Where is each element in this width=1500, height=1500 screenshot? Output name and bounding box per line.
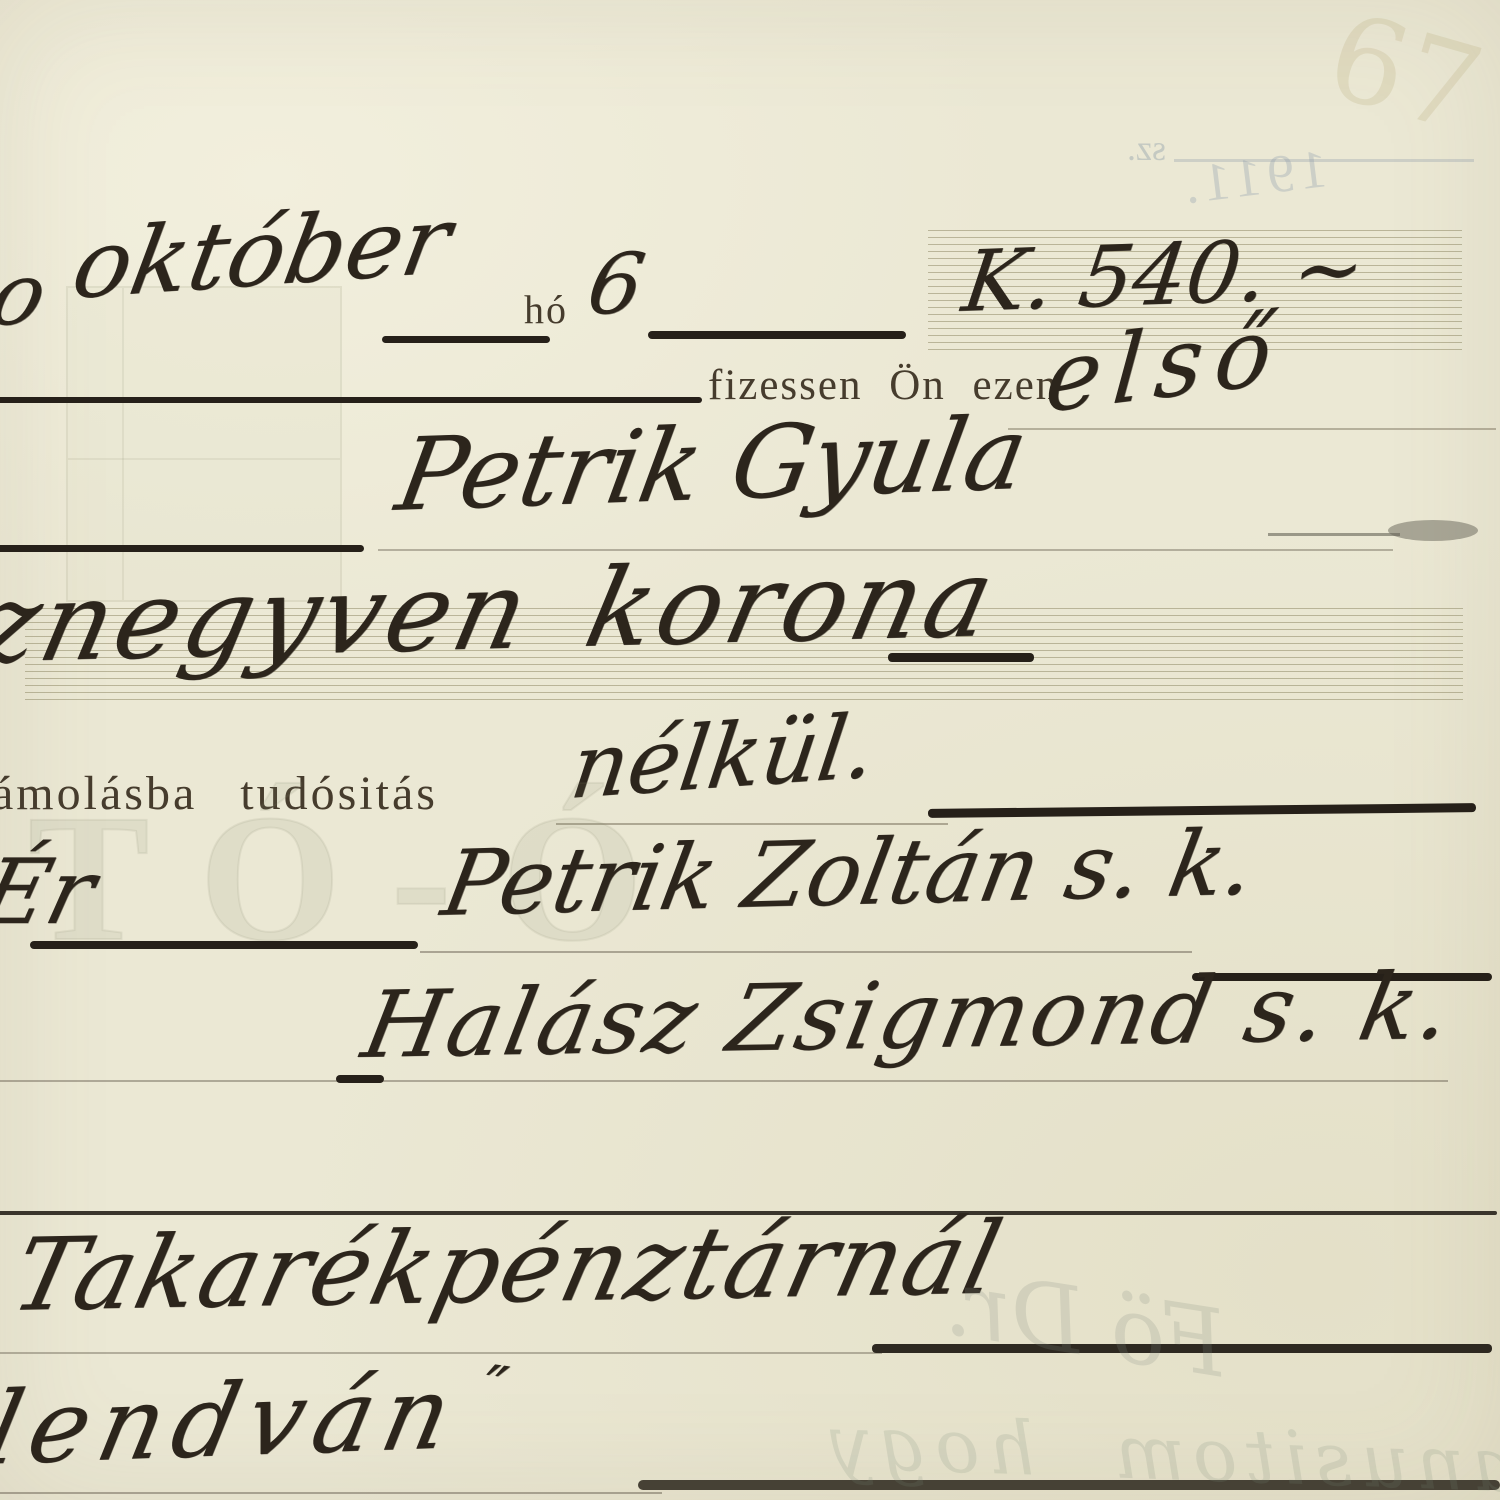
thin-underline xyxy=(0,1080,1448,1082)
handwritten-prefix-fragment: o xyxy=(0,252,55,338)
fill-line xyxy=(0,545,364,552)
thin-underline xyxy=(0,1352,882,1354)
ghost-table-vline xyxy=(122,288,124,600)
ghost-table-hline xyxy=(68,458,340,460)
ink-smudge-line xyxy=(1268,533,1400,536)
handwritten-day: 6 xyxy=(582,242,650,326)
ghost-bottom-note: tanusitom hogy xyxy=(821,1405,1500,1500)
handwritten-signature-1: Petrik Zoltán s. k. xyxy=(436,818,1262,930)
thin-underline xyxy=(1008,428,1496,430)
ghost-dr-note: Fö Dr. xyxy=(941,1257,1232,1392)
handwritten-accent-mark: ″ xyxy=(480,1357,512,1422)
ink-blob xyxy=(336,1075,384,1083)
fill-dash xyxy=(382,336,550,343)
fill-dash xyxy=(648,331,906,339)
printed-ho-label: hó xyxy=(524,290,568,330)
handwritten-ordinal: első xyxy=(1042,303,1287,428)
handwritten-amount-words: znegyven korona xyxy=(0,545,1006,680)
fill-dash xyxy=(888,653,1034,662)
fill-line xyxy=(30,941,418,949)
handwritten-payee-name: Petrik Gyula xyxy=(390,403,1034,526)
ink-smudge-blob xyxy=(1388,520,1478,541)
handwritten-bank-name: Takarékpénztárnál xyxy=(4,1208,1011,1326)
ghost-sz-label: sz. xyxy=(1127,130,1166,166)
fill-line xyxy=(0,397,702,403)
handwritten-place-name: lendván xyxy=(0,1363,469,1480)
handwritten-month: október xyxy=(66,195,457,314)
handwritten-signature-2: Halász Zsigmond s. k. xyxy=(356,961,1461,1072)
thin-underline xyxy=(0,1492,662,1494)
scanned-promissory-note: 67 sz. 1911. o október hó 6 K. 540. ~ fi… xyxy=(0,0,1500,1500)
thin-underline xyxy=(420,951,1192,953)
